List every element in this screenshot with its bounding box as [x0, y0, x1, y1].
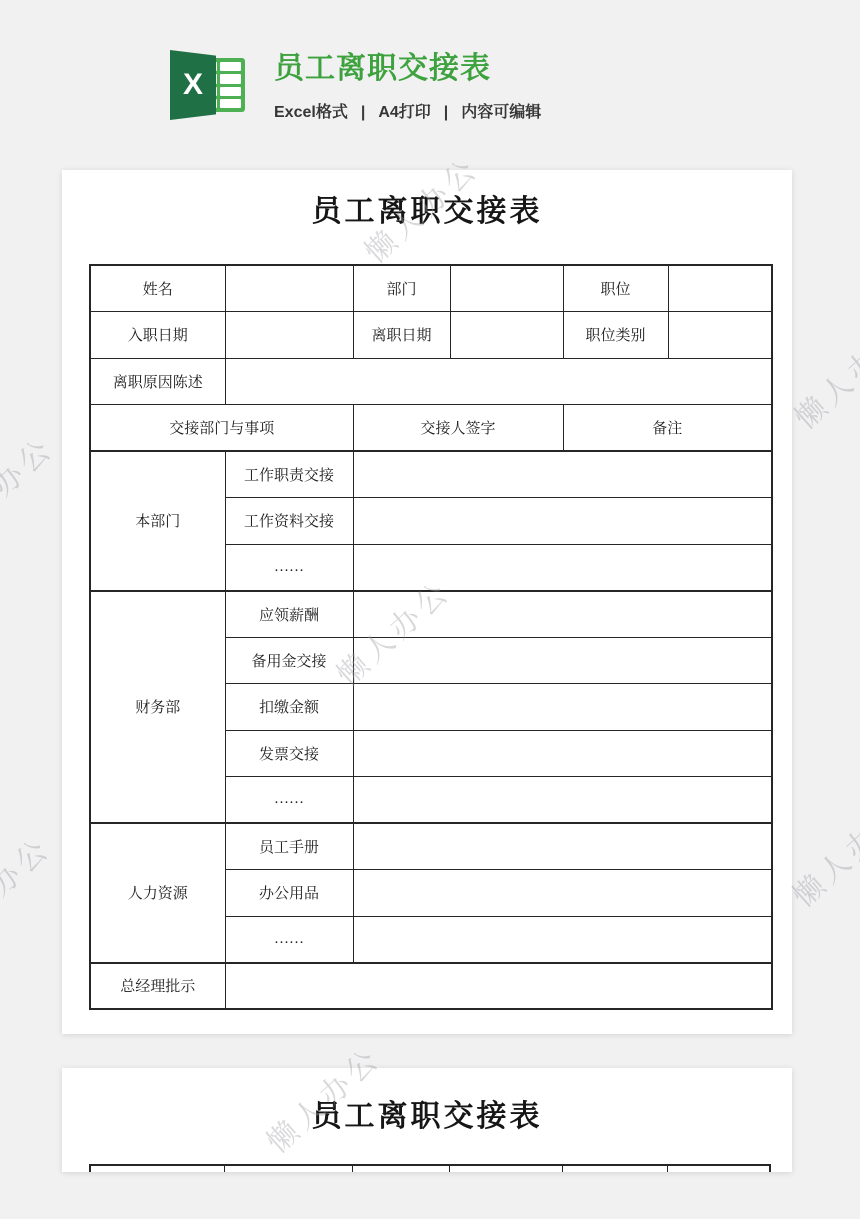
item-value [353, 684, 772, 731]
header-remark: 备注 [563, 405, 772, 452]
excel-letter: X [183, 68, 203, 102]
page-title: 员工离职交接表 [274, 51, 541, 87]
watermark: 懒人办公 [0, 425, 62, 551]
item-value [353, 451, 772, 498]
value-gm-approval [225, 963, 772, 1010]
item-invoice-handover: 发票交接 [225, 730, 353, 777]
label-entry-date: 入职日期 [90, 312, 225, 359]
item-withheld-amount: 扣缴金额 [225, 684, 353, 731]
watermark: 懒人办公 [781, 789, 860, 915]
value-position-type [668, 312, 772, 359]
item-duty-handover: 工作职责交接 [225, 451, 353, 498]
excel-sheet-icon: X [170, 50, 216, 120]
value-leave-date [450, 312, 563, 359]
item-value [353, 870, 772, 917]
group-name-finance: 财务部 [90, 591, 225, 824]
item-salary-due: 应领薪酬 [225, 591, 353, 638]
label-position-type: 职位类别 [563, 312, 668, 359]
item-employee-handbook: 员工手册 [225, 823, 353, 870]
template-header: X 员工离职交接表 Excel格式|A4打印|内容可编辑 [170, 50, 541, 122]
item-value [353, 544, 772, 591]
doc-title: 员工离职交接表 [62, 186, 792, 230]
group-name-own-dept: 本部门 [90, 451, 225, 591]
info-row-2: 入职日期 离职日期 职位类别 [90, 312, 772, 359]
doc-title: 员工离职交接表 [62, 1091, 792, 1135]
page-subtitle: Excel格式|A4打印|内容可编辑 [274, 99, 541, 122]
value-reason [225, 358, 772, 405]
subtitle-separator: | [361, 104, 365, 121]
item-value [353, 591, 772, 638]
item-value [353, 823, 772, 870]
subtitle-print: A4打印 [378, 104, 430, 121]
item-ellipsis: …… [225, 777, 353, 824]
group-name-hr: 人力资源 [90, 823, 225, 963]
item-value [353, 637, 772, 684]
watermark: 懒人办公 [0, 825, 59, 951]
label-name: 姓名 [90, 265, 225, 312]
header-text: 员工离职交接表 Excel格式|A4打印|内容可编辑 [274, 50, 541, 122]
item-office-supplies: 办公用品 [225, 870, 353, 917]
group-finance-row: 财务部 应领薪酬 [90, 591, 772, 638]
item-value [353, 916, 772, 963]
handover-form-table: 姓名 部门 职位 入职日期 离职日期 职位类别 离职原因陈述 交接部门与事项 [89, 264, 773, 1010]
item-value [353, 730, 772, 777]
item-value [353, 498, 772, 545]
subtitle-separator: | [444, 104, 448, 121]
value-name [225, 265, 353, 312]
label-department: 部门 [353, 265, 450, 312]
reason-row: 离职原因陈述 [90, 358, 772, 405]
watermark: 懒人办公 [783, 311, 860, 437]
item-value [353, 777, 772, 824]
subtitle-format: Excel格式 [274, 104, 348, 121]
item-material-handover: 工作资料交接 [225, 498, 353, 545]
item-petty-cash: 备用金交接 [225, 637, 353, 684]
template-preview-page: X 员工离职交接表 Excel格式|A4打印|内容可编辑 员工离职交接表 姓名 … [0, 0, 860, 1219]
header-signature: 交接人签字 [353, 405, 563, 452]
label-position: 职位 [563, 265, 668, 312]
label-reason: 离职原因陈述 [90, 358, 225, 405]
info-row-1: 姓名 部门 职位 [90, 265, 772, 312]
item-ellipsis: …… [225, 916, 353, 963]
table-top-edge [89, 1164, 771, 1172]
handover-header-row: 交接部门与事项 交接人签字 备注 [90, 405, 772, 452]
group-own-dept-row: 本部门 工作职责交接 [90, 451, 772, 498]
header-dept-items: 交接部门与事项 [90, 405, 353, 452]
gm-approval-row: 总经理批示 [90, 963, 772, 1010]
value-position [668, 265, 772, 312]
value-entry-date [225, 312, 353, 359]
value-department [450, 265, 563, 312]
group-hr-row: 人力资源 员工手册 [90, 823, 772, 870]
subtitle-editable: 内容可编辑 [461, 104, 541, 121]
label-leave-date: 离职日期 [353, 312, 450, 359]
label-gm-approval: 总经理批示 [90, 963, 225, 1010]
preview-page-1[interactable]: 员工离职交接表 姓名 部门 职位 入职日期 离职日期 职位类别 [62, 170, 792, 1034]
item-ellipsis: …… [225, 544, 353, 591]
excel-icon: X [170, 50, 246, 120]
preview-page-2[interactable]: 员工离职交接表 [62, 1068, 792, 1172]
